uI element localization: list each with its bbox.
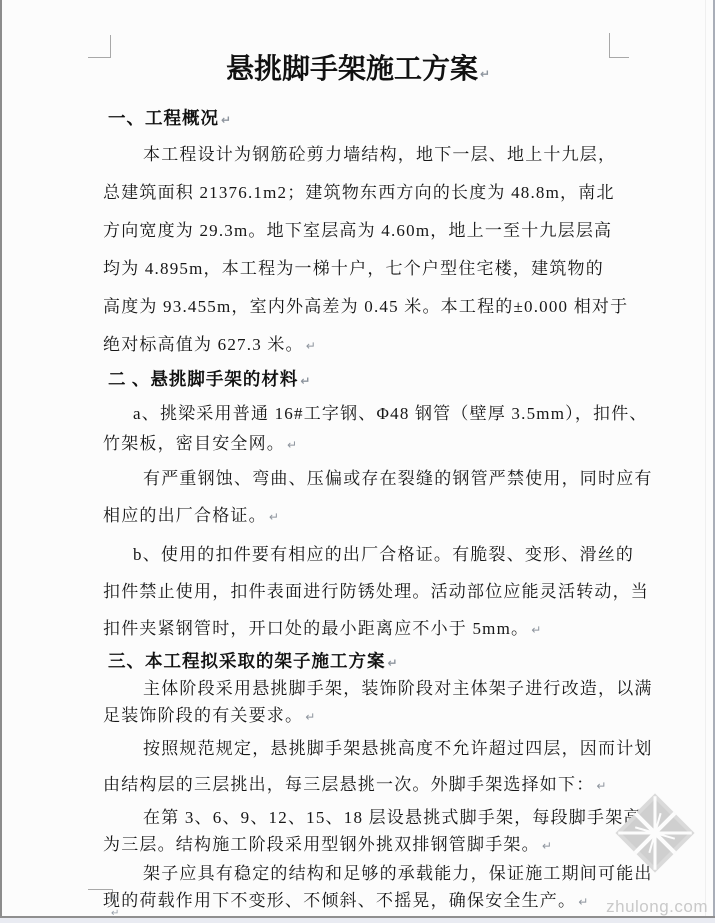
text-run: 一、工程概况	[108, 108, 219, 128]
text-run: a、挑梁采用普通 16#工字钢、Φ48 钢管（壁厚 3.5mm），扣件、	[133, 404, 648, 423]
paragraph-main-stage: 主体阶段采用悬挑脚手架，装饰阶段对主体架子进行改造，以满足装饰阶段的有关要求。↵	[103, 675, 613, 731]
para-line: 主体阶段采用悬挑脚手架，装饰阶段对主体架子进行改造，以满	[103, 675, 613, 702]
heading-line: 二 、悬挑脚手架的材料↵	[108, 367, 613, 393]
para-line: 架子应具有稳定的结构和足够的承载能力，保证施工期间可能出	[103, 860, 613, 887]
paragraph-return-mark: ↵	[531, 623, 541, 637]
paragraph-return-mark: ↵	[221, 113, 231, 127]
paragraph-return-mark: ↵	[287, 438, 297, 452]
text-run: 扣件夹紧钢管时，开口处的最小距离应不小于 5mm。	[103, 619, 529, 638]
paragraph-return-mark: ↵	[480, 67, 490, 81]
paragraph-return-mark: ↵	[300, 374, 310, 388]
watermark-text: zhulong.com	[600, 897, 708, 917]
text-run: 悬挑脚手架施工方案	[226, 54, 478, 85]
document-text-area: 悬挑脚手架施工方案↵一、工程概况↵本工程设计为钢筋砼剪力墙结构，地下一层、地上十…	[103, 50, 613, 916]
doc-title: 悬挑脚手架施工方案↵	[103, 50, 613, 94]
paragraph-return-mark: ↵	[596, 779, 606, 793]
text-run: 主体阶段采用悬挑脚手架，装饰阶段对主体架子进行改造，以满	[143, 679, 653, 698]
text-run: 三、本工程拟采取的架子施工方案	[108, 651, 386, 671]
paragraph-overview: 本工程设计为钢筋砼剪力墙结构，地下一层、地上十九层，总建筑面积 21376.1m…	[103, 136, 613, 365]
text-run: 本工程设计为钢筋砼剪力墙结构，地下一层、地上十九层，	[143, 145, 616, 164]
text-run: 均为 4.895m，本工程为一梯十户，七个户型住宅楼，建筑物的	[103, 259, 604, 278]
text-run: 二 、悬挑脚手架的材料	[108, 369, 298, 389]
para-line: 方向宽度为 29.3m。地下室层高为 4.60m，地上一至十九层层高	[103, 212, 613, 250]
text-run: 由结构层的三层挑出，每三层悬挑一次。外脚手架选择如下：	[103, 775, 594, 794]
title-line: 悬挑脚手架施工方案↵	[103, 50, 613, 94]
text-run: 扣件禁止使用，扣件表面进行防锈处理。活动部位应能灵活转动，当	[103, 582, 649, 601]
text-run: 总建筑面积 21376.1m2；建筑物东西方向的长度为 48.8m，南北	[103, 183, 615, 202]
paragraph-stability: 架子应具有稳定的结构和足够的承载能力，保证施工期间可能出现的荷载作用下不变形、不…	[103, 860, 613, 916]
text-run: 现的荷载作用下不变形、不倾斜、不摇晃，确保安全生产。	[103, 891, 576, 910]
section-heading-3: 三、本工程拟采取的架子施工方案↵	[103, 649, 613, 675]
text-run: 为三层。结构施工阶段采用型钢外挑双排钢管脚手架。	[103, 835, 540, 854]
text-run: b、使用的扣件要有相应的出厂合格证。有脆裂、变形、滑丝的	[133, 545, 634, 564]
paragraph-return-mark: ↵	[306, 339, 316, 353]
para-line: 有严重钢蚀、弯曲、压偏或存在裂缝的钢管严禁使用，同时应有	[103, 460, 613, 497]
para-line: 绝对标高值为 627.3 米。↵	[103, 326, 613, 365]
para-line: 现的荷载作用下不变形、不倾斜、不摇晃，确保安全生产。↵	[103, 887, 613, 916]
paragraph-material-b: b、使用的扣件要有相应的出厂合格证。有脆裂、变形、滑丝的扣件禁止使用，扣件表面进…	[103, 536, 613, 649]
page-faint-right-line	[705, 0, 706, 923]
page-left-border	[0, 0, 2, 923]
text-run: 方向宽度为 29.3m。地下室层高为 4.60m，地上一至十九层层高	[103, 221, 612, 240]
text-run: 架子应具有稳定的结构和足够的承载能力，保证施工期间可能出	[143, 864, 653, 883]
section-heading-1: 一、工程概况↵	[103, 106, 613, 132]
watermark: zhulong.com	[600, 829, 710, 919]
para-line: 竹架板，密目安全网。↵	[103, 429, 613, 460]
para-line: 按照规范规定，悬挑脚手架悬挑高度不允许超过四层，因而计划	[103, 731, 613, 767]
zhulong-logo-icon	[615, 793, 695, 873]
heading-line: 三、本工程拟采取的架子施工方案↵	[108, 649, 613, 675]
text-run: 高度为 93.455m，室内外高差为 0.45 米。本工程的±0.000 相对于	[103, 297, 628, 316]
para-line: a、挑梁采用普通 16#工字钢、Φ48 钢管（壁厚 3.5mm），扣件、	[103, 399, 613, 429]
para-line: 高度为 93.455m，室内外高差为 0.45 米。本工程的±0.000 相对于	[103, 288, 613, 326]
paragraph-return-mark: ↵	[578, 895, 588, 909]
paragraph-return-mark: ↵	[305, 710, 315, 724]
text-run: 足装饰阶段的有关要求。	[103, 706, 303, 725]
para-line: 在第 3、6、9、12、15、18 层设悬挑式脚手架，每段脚手架高度	[103, 804, 613, 831]
para-line: 总建筑面积 21376.1m2；建筑物东西方向的长度为 48.8m，南北	[103, 174, 613, 212]
para-line: 为三层。结构施工阶段采用型钢外挑双排钢管脚手架。↵	[103, 831, 613, 860]
para-line: b、使用的扣件要有相应的出厂合格证。有脆裂、变形、滑丝的	[103, 536, 613, 573]
para-line: 均为 4.895m，本工程为一梯十户，七个户型住宅楼，建筑物的	[103, 250, 613, 288]
paragraph-pipe-rule: 有严重钢蚀、弯曲、压偏或存在裂缝的钢管严禁使用，同时应有相应的出厂合格证。↵	[103, 460, 613, 536]
paragraph-return-mark: ↵	[269, 510, 279, 524]
para-line: 足装饰阶段的有关要求。↵	[103, 702, 613, 731]
heading-line: 一、工程概况↵	[108, 106, 613, 132]
text-run: 有严重钢蚀、弯曲、压偏或存在裂缝的钢管严禁使用，同时应有	[143, 469, 653, 488]
paragraph-floor-setup: 在第 3、6、9、12、15、18 层设悬挑式脚手架，每段脚手架高度为三层。结构…	[103, 804, 613, 860]
para-line: 相应的出厂合格证。↵	[103, 497, 613, 536]
text-run: 相应的出厂合格证。	[103, 506, 267, 525]
paragraph-return-mark: ↵	[388, 656, 398, 670]
paragraph-return-mark: ↵	[542, 839, 552, 853]
paragraph-return-mark: ↵	[111, 893, 119, 904]
text-run: 在第 3、6、9、12、15、18 层设悬挑式脚手架，每段脚手架高度	[143, 808, 660, 827]
para-line: 本工程设计为钢筋砼剪力墙结构，地下一层、地上十九层，	[103, 136, 613, 174]
paragraph-code-rule: 按照规范规定，悬挑脚手架悬挑高度不允许超过四层，因而计划由结构层的三层挑出，每三…	[103, 731, 613, 804]
paragraph-return-mark: ↵	[111, 908, 119, 919]
text-run: 绝对标高值为 627.3 米。	[103, 335, 304, 354]
para-line: 扣件夹紧钢管时，开口处的最小距离应不小于 5mm。↵	[103, 610, 613, 649]
text-run: 按照规范规定，悬挑脚手架悬挑高度不允许超过四层，因而计划	[143, 739, 653, 758]
para-line: 由结构层的三层挑出，每三层悬挑一次。外脚手架选择如下：↵	[103, 767, 613, 804]
text-run: 竹架板，密目安全网。	[103, 434, 285, 453]
para-line: 扣件禁止使用，扣件表面进行防锈处理。活动部位应能灵活转动，当	[103, 573, 613, 610]
document-page: { "page": { "return_mark": "↵", "waterma…	[0, 0, 715, 923]
section-heading-2: 二 、悬挑脚手架的材料↵	[103, 367, 613, 393]
paragraph-material-a: a、挑梁采用普通 16#工字钢、Φ48 钢管（壁厚 3.5mm），扣件、竹架板，…	[103, 399, 613, 460]
